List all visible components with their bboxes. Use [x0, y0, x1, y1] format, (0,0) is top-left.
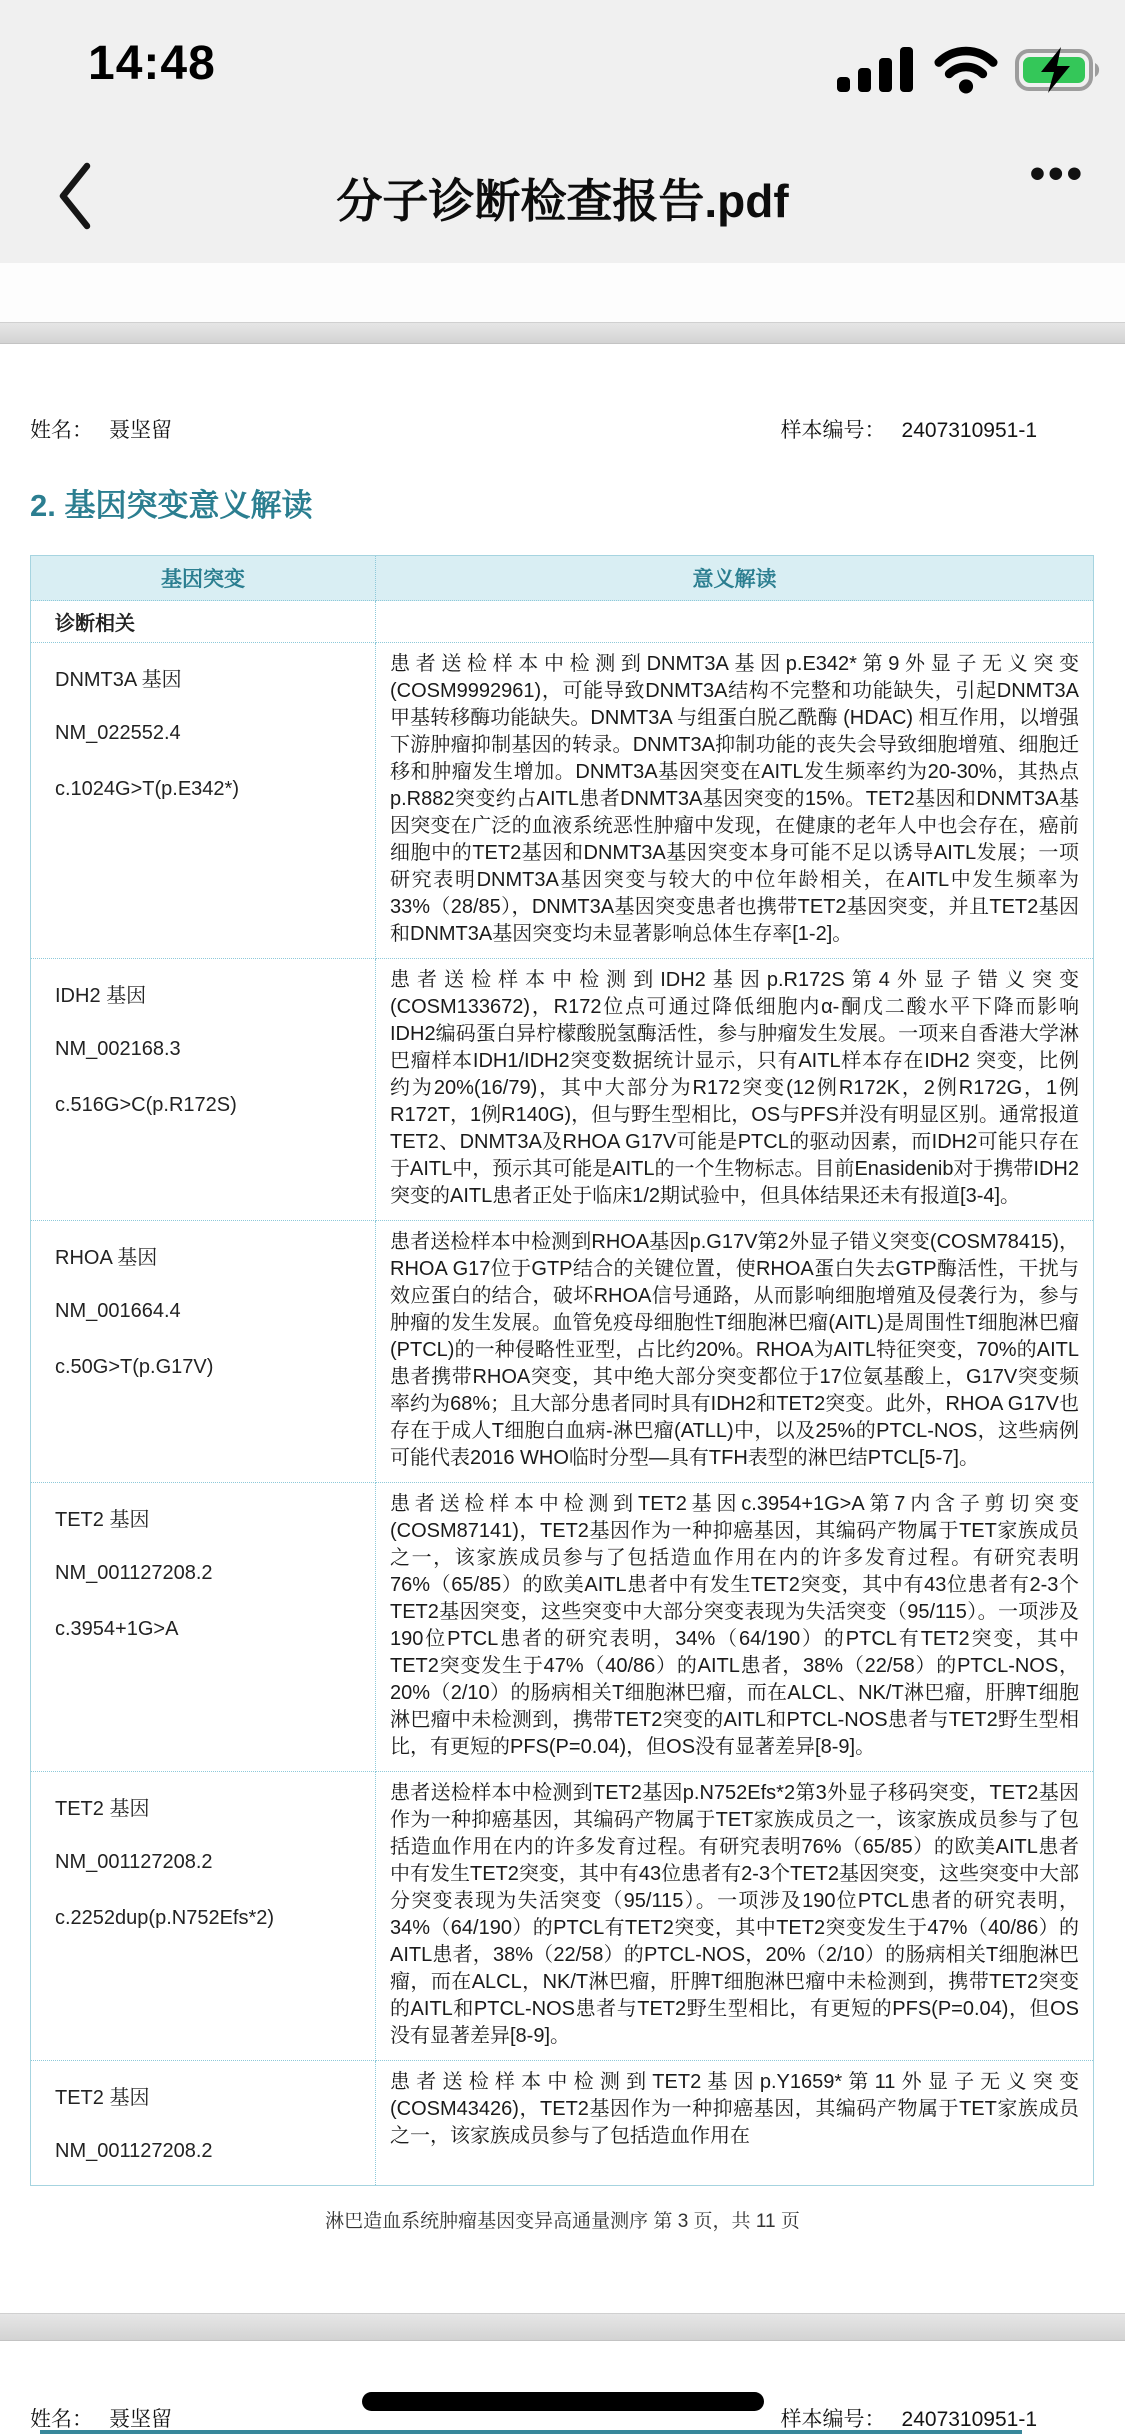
sample-id-label: 样本编号： — [781, 419, 886, 442]
pdf-page-4[interactable]: 姓名：聂坚留 样本编号：2407310951-1 — [0, 2341, 1125, 2436]
transcript-id: NM_001127208.2 — [55, 1545, 365, 1601]
more-button[interactable]: ••• — [1030, 149, 1085, 199]
page-footer-note: 淋巴造血系统肿瘤基因变异高通量测序 第 3 页，共 11 页 — [0, 2206, 1125, 2233]
iphone-screen: 14:48 — [0, 0, 1125, 2436]
group-header-empty-cell — [376, 601, 1094, 643]
transcript-id: NM_001127208.2 — [55, 1834, 365, 1890]
column-header-gene-mutation: 基因突变 — [31, 556, 376, 601]
table-row: RHOA 基因 NM_001664.4 c.50G>T(p.G17V) 患者送检… — [31, 1221, 1094, 1483]
sample-id-field: 样本编号：2407310951-1 — [781, 2403, 1037, 2433]
gene-name: TET2 基因 — [55, 2067, 365, 2123]
gene-name: TET2 基因 — [55, 1489, 365, 1545]
interpretation-cell: 患者送检样本中检测到IDH2基因p.R172S第4外显子错义突变(COSM133… — [376, 959, 1094, 1221]
gene-cell: TET2 基因 NM_001127208.2 c.3954+1G>A — [31, 1483, 376, 1772]
table-row: TET2 基因 NM_001127208.2 c.2252dup(p.N752E… — [31, 1772, 1094, 2061]
cellular-signal-icon — [837, 42, 917, 99]
sample-id-field: 样本编号：2407310951-1 — [781, 414, 1037, 444]
ellipsis-icon: ••• — [1030, 149, 1085, 198]
gene-cell: DNMT3A 基因 NM_022552.4 c.1024G>T(p.E342*) — [31, 643, 376, 959]
document-title: 分子诊断检查报告.pdf — [130, 165, 995, 231]
page-separator — [0, 2313, 1125, 2341]
variant-notation: c.3954+1G>A — [55, 1601, 365, 1657]
gene-cell: TET2 基因 NM_001127208.2 — [31, 2061, 376, 2186]
variant-notation: c.1024G>T(p.E342*) — [55, 761, 365, 817]
wifi-icon — [933, 44, 999, 99]
battery-charging-icon — [1015, 46, 1107, 99]
home-indicator[interactable] — [362, 2392, 764, 2411]
patient-name-field: 姓名：聂坚留 — [30, 414, 172, 444]
transcript-id: NM_001127208.2 — [55, 2123, 365, 2179]
chevron-left-icon — [56, 219, 92, 234]
table-row: IDH2 基因 NM_002168.3 c.516G>C(p.R172S) 患者… — [31, 959, 1094, 1221]
section-title: 2. 基因突变意义解读 — [30, 480, 1125, 525]
back-button[interactable] — [46, 159, 102, 235]
group-header-diagnosis-related: 诊断相关 — [31, 601, 376, 643]
variant-notation: c.516G>C(p.R172S) — [55, 1077, 365, 1133]
sample-id-value: 2407310951-1 — [902, 2408, 1037, 2431]
status-clock: 14:48 — [88, 36, 216, 91]
gene-name: DNMT3A 基因 — [55, 649, 365, 705]
gene-name: TET2 基因 — [55, 1778, 365, 1834]
table-group-row: 诊断相关 — [31, 601, 1094, 643]
table-header-row: 基因突变 意义解读 — [31, 556, 1094, 601]
gene-name: RHOA 基因 — [55, 1227, 365, 1283]
interpretation-cell: 患者送检样本中检测到TET2基因p.Y1659*第11外显子无义突变(COSM4… — [376, 2061, 1094, 2186]
interpretation-cell: 患者送检样本中检测到TET2基因c.3954+1G>A第7内含子剪切突变(COS… — [376, 1483, 1094, 1772]
gene-cell: TET2 基因 NM_001127208.2 c.2252dup(p.N752E… — [31, 1772, 376, 2061]
page-separator — [0, 322, 1125, 344]
gene-cell: RHOA 基因 NM_001664.4 c.50G>T(p.G17V) — [31, 1221, 376, 1483]
section-divider-line — [40, 2430, 1022, 2434]
status-icons — [837, 42, 1107, 99]
gene-cell: IDH2 基因 NM_002168.3 c.516G>C(p.R172S) — [31, 959, 376, 1221]
table-row: TET2 基因 NM_001127208.2 患者送检样本中检测到TET2基因p… — [31, 2061, 1094, 2186]
nav-bar: 分子诊断检查报告.pdf ••• — [0, 133, 1125, 263]
transcript-id: NM_022552.4 — [55, 705, 365, 761]
patient-name-field: 姓名：聂坚留 — [30, 2403, 172, 2433]
gene-name: IDH2 基因 — [55, 965, 365, 1021]
interpretation-cell: 患者送检样本中检测到RHOA基因p.G17V第2外显子错义突变(COSM7841… — [376, 1221, 1094, 1483]
variant-notation: c.50G>T(p.G17V) — [55, 1339, 365, 1395]
patient-name-label: 姓名： — [30, 419, 93, 442]
pdf-page-3[interactable]: 姓名：聂坚留 样本编号：2407310951-1 2. 基因突变意义解读 基因突… — [0, 344, 1125, 2313]
patient-name-label: 姓名： — [30, 2408, 93, 2431]
column-header-interpretation: 意义解读 — [376, 556, 1094, 601]
sample-id-label: 样本编号： — [781, 2408, 886, 2431]
patient-name-value: 聂坚留 — [109, 2408, 172, 2431]
interpretation-cell: 患者送检样本中检测到TET2基因p.N752Efs*2第3外显子移码突变，TET… — [376, 1772, 1094, 2061]
mutation-interpretation-table: 基因突变 意义解读 诊断相关 DNMT3A 基因 NM_022552.4 c.1… — [30, 555, 1094, 2186]
table-row: TET2 基因 NM_001127208.2 c.3954+1G>A 患者送检样… — [31, 1483, 1094, 1772]
patient-name-value: 聂坚留 — [109, 419, 172, 442]
table-row: DNMT3A 基因 NM_022552.4 c.1024G>T(p.E342*)… — [31, 643, 1094, 959]
interpretation-cell: 患者送检样本中检测到DNMT3A基因p.E342*第9外显子无义突变(COSM9… — [376, 643, 1094, 959]
sample-id-value: 2407310951-1 — [902, 419, 1037, 442]
variant-notation: c.2252dup(p.N752Efs*2) — [55, 1890, 365, 1946]
top-chrome: 14:48 — [0, 0, 1125, 263]
previous-page-edge — [0, 263, 1125, 322]
transcript-id: NM_001664.4 — [55, 1283, 365, 1339]
transcript-id: NM_002168.3 — [55, 1021, 365, 1077]
report-header: 姓名：聂坚留 样本编号：2407310951-1 — [30, 414, 1037, 444]
